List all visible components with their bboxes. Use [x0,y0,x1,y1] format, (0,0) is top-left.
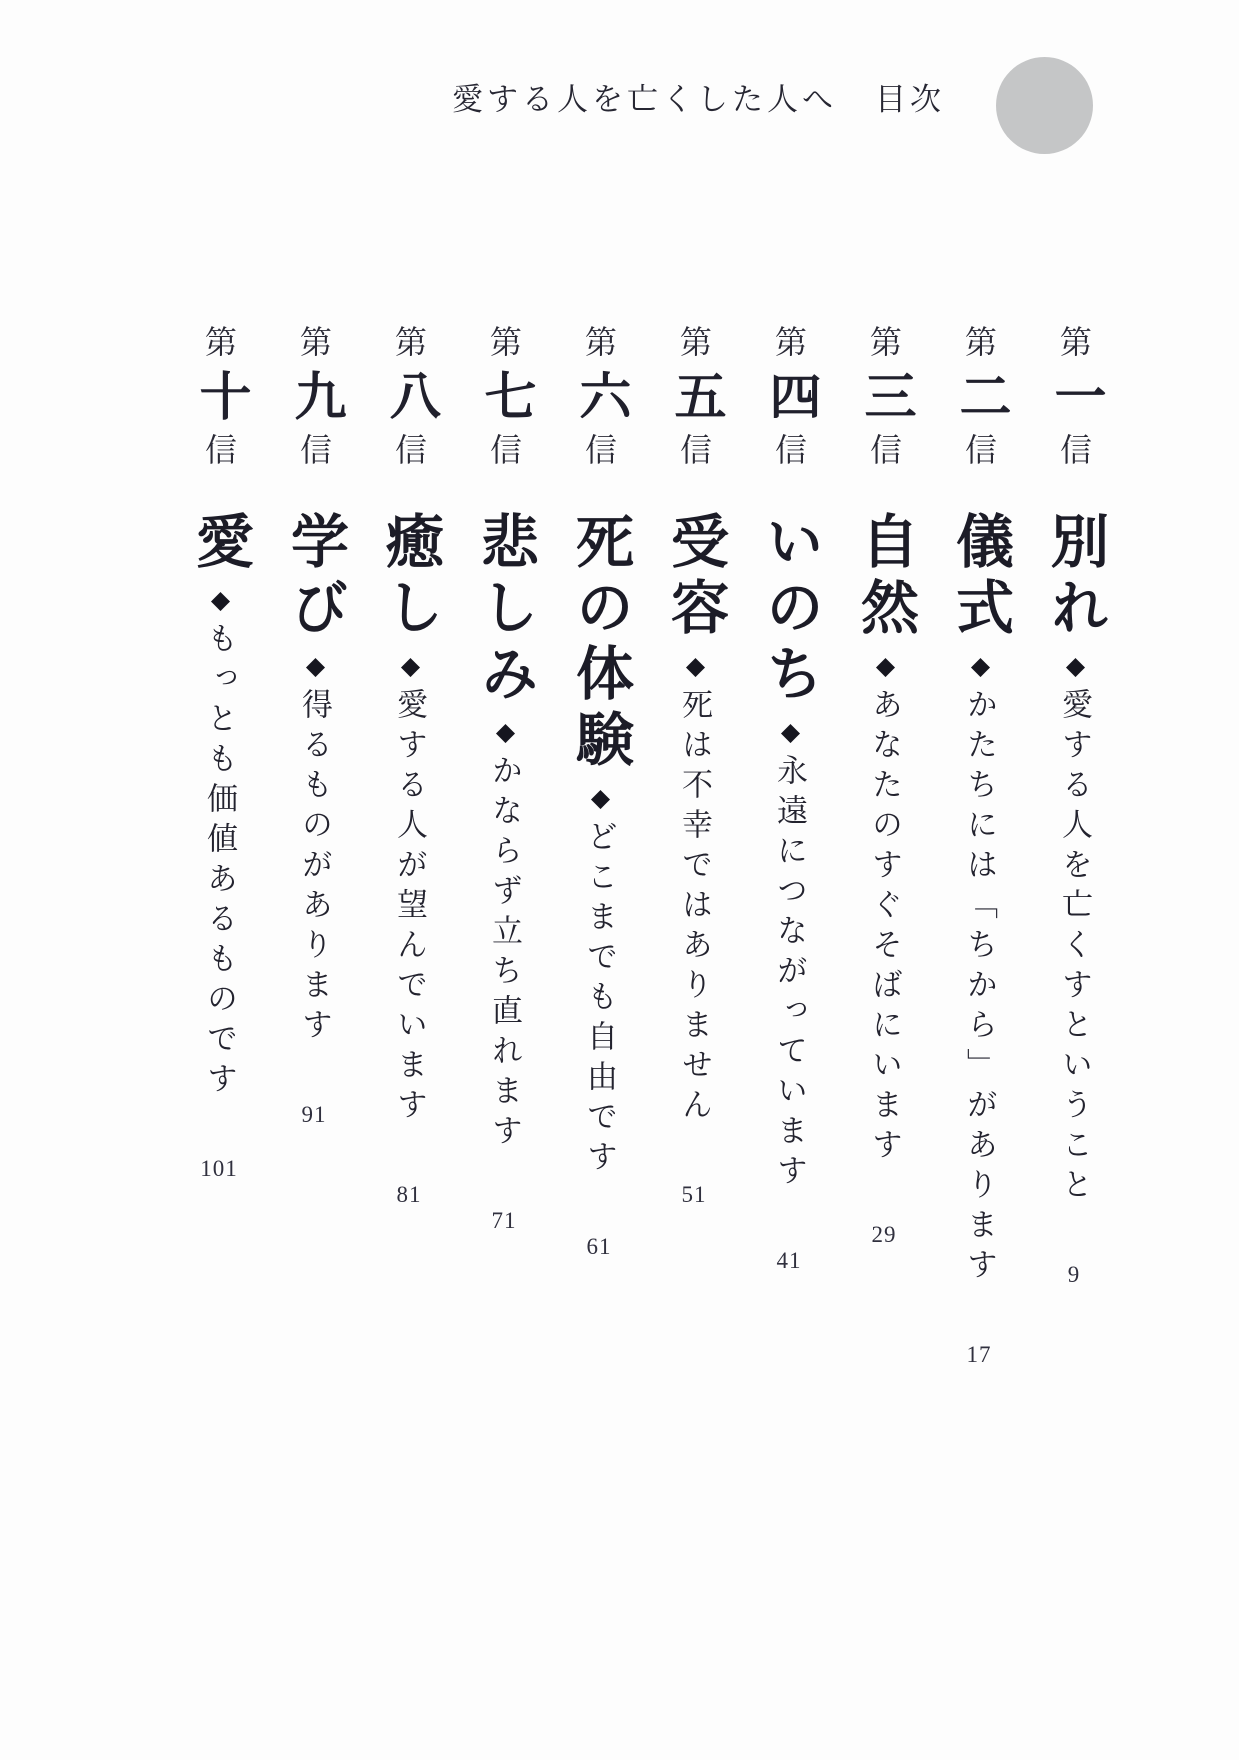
entry-subtitle: あなたのすぐそばにいます [867,688,902,1168]
chapter-suffix: 信 [391,433,427,471]
toc-entry-6: 第六信死の体験◆どこまでも自由です61 [562,325,628,1258]
chapter-prefix: 第 [296,325,332,363]
toc-entry-4: 第四信いのち◆永遠につながっています41 [752,325,818,1272]
entry-subtitle: 永遠につながっています [772,754,807,1194]
entry-subtitle: かならず立ち直れます [487,754,522,1154]
page-number: 101 [211,1157,228,1180]
entry-title: 愛 [187,511,252,577]
chapter-label: 第三信 [866,325,902,471]
entry-subtitle: 死は不幸ではありません [677,688,712,1128]
diamond-icon: ◆ [681,651,708,680]
chapter-number: 六 [571,369,628,427]
toc-entry-1: 第一信別れ◆愛する人を亡くすということ9 [1037,325,1103,1286]
chapter-suffix: 信 [296,433,332,471]
page-number: 71 [496,1209,513,1232]
diamond-icon: ◆ [966,651,993,680]
toc-entry-3: 第三信自然◆あなたのすぐそばにいます29 [847,325,913,1246]
entry-title: 悲しみ [472,511,537,709]
page-number: 91 [306,1103,323,1126]
chapter-suffix: 信 [771,433,807,471]
entry-subtitle: もっとも価値あるものです [202,622,237,1102]
entry-title: いのち [757,511,822,709]
entry-subtitle: 愛する人が望んでいます [392,688,427,1128]
chapter-number: 一 [1046,369,1103,427]
diamond-icon: ◆ [586,783,613,812]
diamond-icon: ◆ [491,717,518,746]
chapter-label: 第九信 [296,325,332,471]
diamond-icon: ◆ [871,651,898,680]
diamond-icon: ◆ [206,585,233,614]
diamond-icon: ◆ [1061,651,1088,680]
entry-title: 自然 [852,511,917,643]
diamond-icon: ◆ [776,717,803,746]
chapter-label: 第一信 [1056,325,1092,471]
chapter-prefix: 第 [866,325,902,363]
entry-title: 学び [282,511,347,643]
chapter-prefix: 第 [676,325,712,363]
chapter-prefix: 第 [486,325,522,363]
toc-entry-10: 第十信愛◆もっとも価値あるものです101 [182,325,248,1180]
toc-label: 目次 [875,82,945,117]
entry-title: 儀式 [947,511,1012,643]
entry-title: 死の体験 [567,511,632,775]
chapter-number: 七 [476,369,533,427]
chapter-suffix: 信 [201,433,237,471]
chapter-prefix: 第 [771,325,807,363]
chapter-suffix: 信 [581,433,617,471]
toc-entry-8: 第八信癒し◆愛する人が望んでいます81 [372,325,438,1206]
chapter-suffix: 信 [1056,433,1092,471]
chapter-label: 第七信 [486,325,522,471]
decorative-circle [996,57,1093,154]
diamond-icon: ◆ [396,651,423,680]
entry-title: 受容 [662,511,727,643]
page-number: 17 [971,1343,988,1366]
chapter-suffix: 信 [486,433,522,471]
chapter-suffix: 信 [961,433,997,471]
page-number: 9 [1066,1263,1083,1286]
chapter-label: 第二信 [961,325,997,471]
diamond-icon: ◆ [301,651,328,680]
entry-subtitle: 愛する人を亡くすということ [1057,688,1092,1208]
page-number: 41 [781,1249,798,1272]
toc-entry-9: 第九信学び◆得るものがあります91 [277,325,343,1126]
entry-title: 別れ [1042,511,1107,643]
page-number: 61 [591,1235,608,1258]
chapter-label: 第八信 [391,325,427,471]
entry-subtitle: どこまでも自由です [582,820,617,1180]
chapter-number: 八 [381,369,438,427]
chapter-number: 九 [286,369,343,427]
chapter-label: 第十信 [201,325,237,471]
toc-entry-7: 第七信悲しみ◆かならず立ち直れます71 [467,325,533,1232]
page-number: 81 [401,1183,418,1206]
chapter-number: 五 [666,369,723,427]
toc-entry-5: 第五信受容◆死は不幸ではありません51 [657,325,723,1206]
chapter-prefix: 第 [1056,325,1092,363]
chapter-number: 二 [951,369,1008,427]
page-title: 愛する人を亡くした人へ目次 [452,74,945,119]
chapter-number: 三 [856,369,913,427]
entry-subtitle: 得るものがあります [297,688,332,1048]
chapter-label: 第四信 [771,325,807,471]
chapter-prefix: 第 [581,325,617,363]
chapter-prefix: 第 [201,325,237,363]
page-number: 51 [686,1183,703,1206]
chapter-number: 十 [191,369,248,427]
chapter-prefix: 第 [391,325,427,363]
chapter-number: 四 [761,369,818,427]
chapter-label: 第六信 [581,325,617,471]
entry-title: 癒し [377,511,442,643]
book-title: 愛する人を亡くした人へ [452,82,837,117]
toc-entry-2: 第二信儀式◆かたちには「ちから」があります17 [942,325,1008,1366]
chapter-suffix: 信 [866,433,902,471]
entry-subtitle: かたちには「ちから」があります [962,688,997,1288]
chapter-prefix: 第 [961,325,997,363]
page-number: 29 [876,1223,893,1246]
chapter-label: 第五信 [676,325,712,471]
chapter-suffix: 信 [676,433,712,471]
